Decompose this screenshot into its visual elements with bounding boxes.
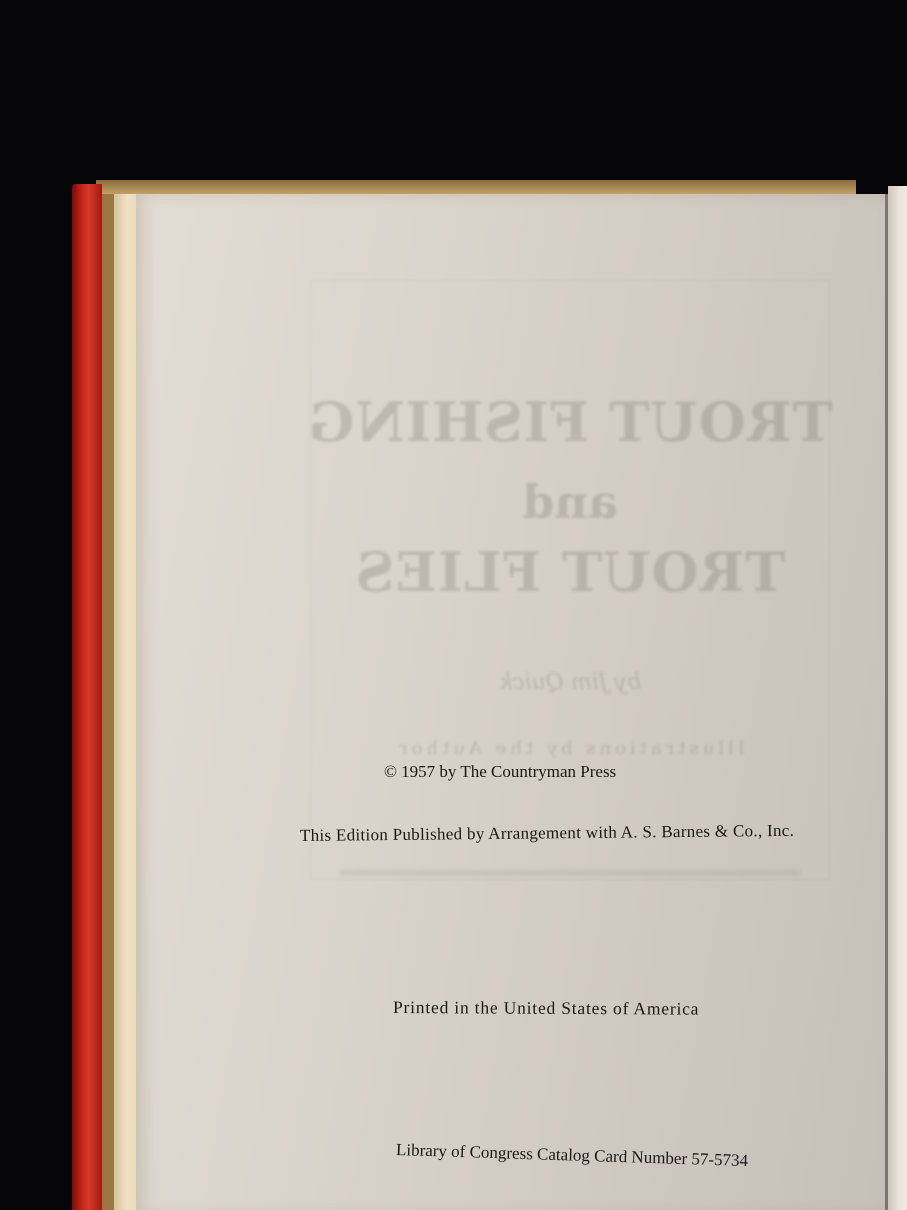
copyright-page <box>136 194 886 1210</box>
book-photo: TROUT FISHING and TROUT FLIES by Jim Qui… <box>0 0 907 1210</box>
facing-page-edge <box>888 186 907 1210</box>
printed-in-notice: Printed in the United States of America <box>393 997 699 1020</box>
book-cover-top-edge <box>96 180 856 194</box>
copyright-notice: © 1957 by The Countryman Press <box>384 762 616 782</box>
book-cover-red-edge <box>72 184 102 1210</box>
